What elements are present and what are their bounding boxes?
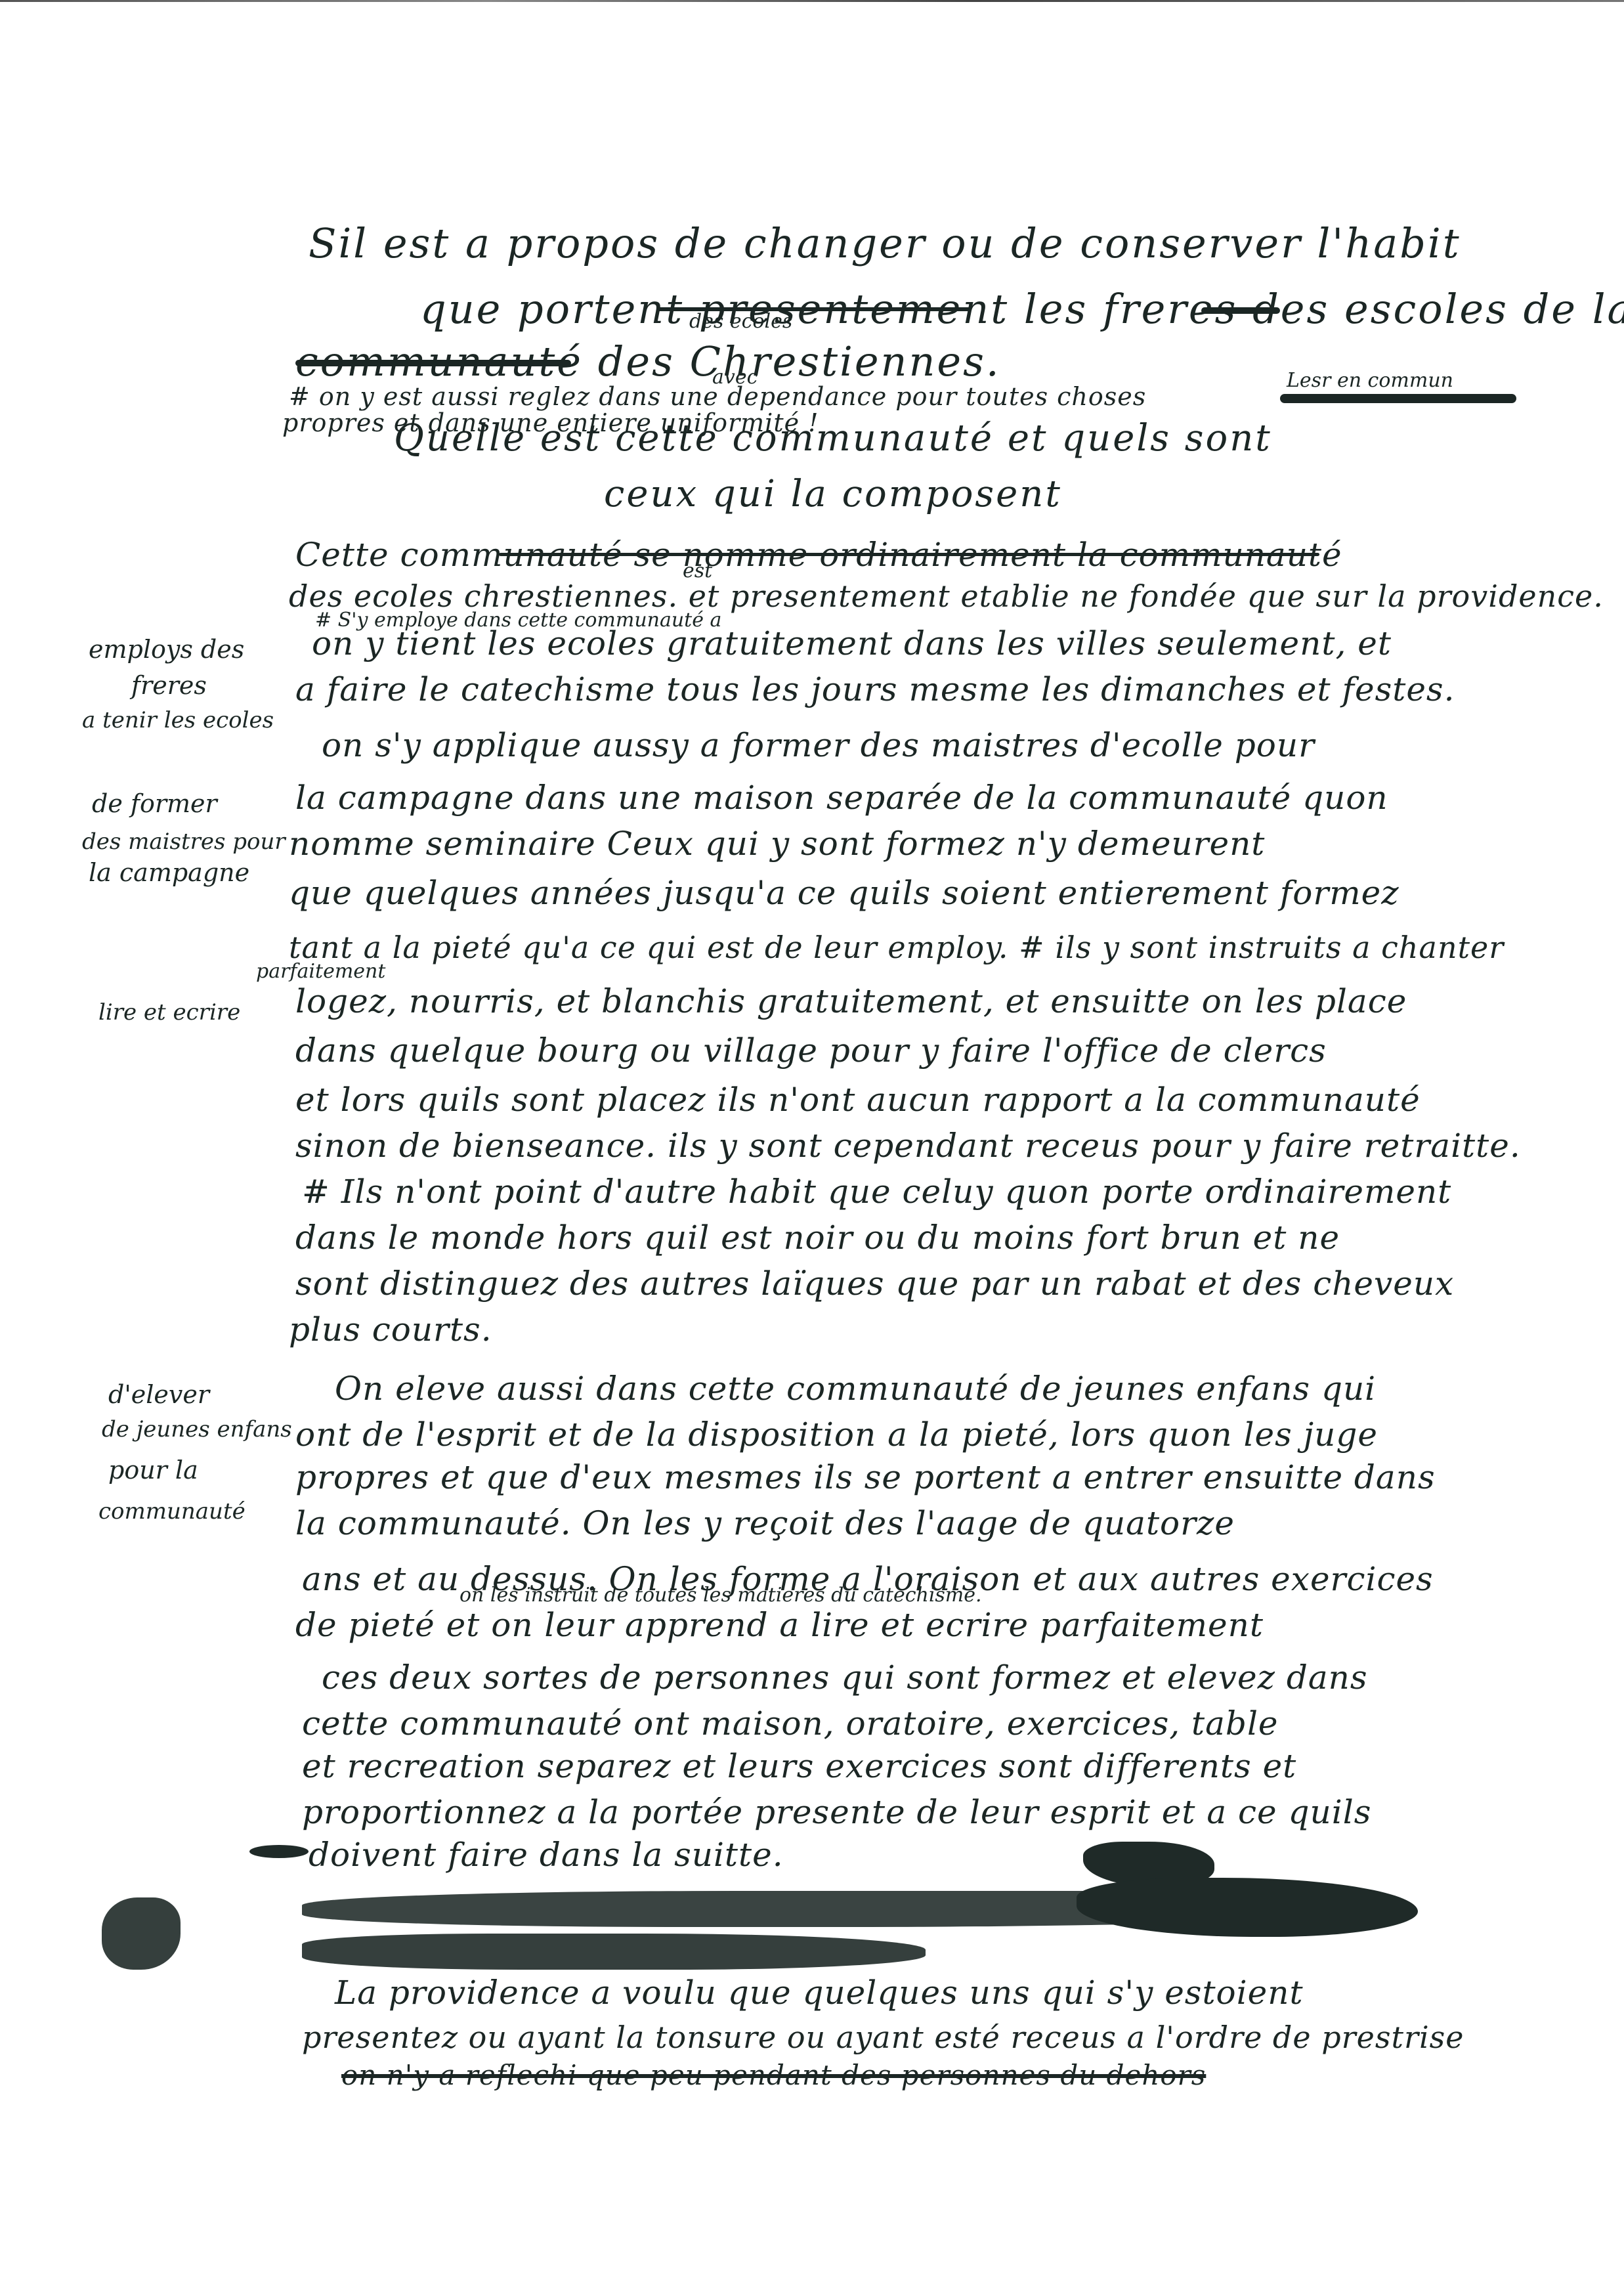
- body-line-9: tant a la pieté qu'a ce qui est de leur …: [289, 932, 1504, 963]
- ink-blot-left-margin: [102, 1897, 181, 1970]
- body-line-8: que quelques années jusqu'a ce quils soi…: [289, 877, 1400, 909]
- body-line-1-strike: [499, 553, 1319, 556]
- body-line-10-insert: parfaitement: [256, 962, 385, 982]
- body-line-2: des ecoles chrestiennes. et presentement…: [289, 581, 1604, 611]
- body-line-10: logez, nourris, et blanchis gratuitement…: [295, 985, 1407, 1018]
- body-line-16: sont distinguez des autres laïques que p…: [295, 1267, 1454, 1300]
- body-line-11: dans quelque bourg ou village pour y fai…: [295, 1034, 1327, 1067]
- margin-note-1-line-2: freres: [131, 673, 207, 698]
- margin-note-4-line-1: d'elever: [108, 1382, 209, 1407]
- body-line-28: doivent faire dans la suitte.: [309, 1838, 784, 1871]
- body-line-15: dans le monde hors quil est noir ou du m…: [295, 1221, 1340, 1254]
- body-line-12: et lors quils sont placez ils n'ont aucu…: [295, 1083, 1421, 1116]
- margin-note-2-line-3: la campagne: [89, 860, 249, 885]
- body-line-18: On eleve aussi dans cette communauté de …: [335, 1372, 1376, 1405]
- body-line-6: la campagne dans une maison separée de l…: [295, 781, 1388, 814]
- body-line-7: nomme seminaire Ceux qui y sont formez n…: [289, 827, 1265, 860]
- body-line-13: sinon de bienseance. ils y sont cependan…: [295, 1129, 1521, 1162]
- margin-note-3-line-1: lire et ecrire: [98, 1001, 240, 1024]
- scan-top-edge: [0, 0, 1624, 2]
- margin-note-4-line-3: pour la: [108, 1458, 198, 1483]
- body-line-23: de pieté et on leur apprend a lire et ec…: [295, 1609, 1264, 1641]
- title-strike-communaute: [295, 360, 571, 366]
- body-line-21: la communauté. On les y reçoit des l'aag…: [295, 1507, 1235, 1540]
- ink-blot-right-mass: [1077, 1878, 1418, 1937]
- subtitle-line-2: ceux qui la composent: [604, 476, 1062, 513]
- body-line-23-insert: on les instruit de toutes les matieres d…: [459, 1586, 982, 1605]
- body-line-17: plus courts.: [289, 1313, 492, 1346]
- body-line-26: et recreation separez et leurs exercices…: [302, 1750, 1296, 1783]
- title-strike-presentement: [656, 307, 972, 311]
- title-line-1: Sil est a propos de changer ou de conser…: [309, 223, 1461, 264]
- manuscript-page: Sil est a propos de changer ou de conser…: [0, 0, 1624, 2296]
- margin-note-4-line-4: communauté: [98, 1500, 246, 1523]
- title-line-2: que portent presentement les freres des …: [420, 289, 1624, 330]
- margin-note-1-line-1: employs des: [89, 637, 244, 662]
- margin-note-1-line-3: a tenir les ecoles: [82, 709, 274, 731]
- interlinear-line-4: # on y est aussi reglez dans une dependa…: [289, 384, 1146, 409]
- ink-dash-left: [249, 1845, 309, 1858]
- interlinear-strike-tail: [1280, 394, 1516, 403]
- body-line-29: La providence a voulu que quelques uns q…: [335, 1976, 1304, 2009]
- body-line-20: propres et que d'eux mesmes ils se porte…: [295, 1461, 1436, 1494]
- body-line-25: cette communauté ont maison, oratoire, e…: [302, 1707, 1279, 1740]
- body-line-24: ces deux sortes de personnes qui sont fo…: [322, 1661, 1368, 1694]
- margin-note-2-line-2: des maistres pour: [82, 831, 286, 853]
- ink-blot-line-2: [302, 1934, 926, 1970]
- body-line-3: on y tient les ecoles gratuitement dans …: [312, 627, 1392, 660]
- body-line-27: proportionnez a la portée presente de le…: [302, 1796, 1371, 1829]
- body-line-30: presentez ou ayant la tonsure ou ayant e…: [302, 2022, 1464, 2052]
- body-line-19: ont de l'esprit et de la disposition a l…: [295, 1418, 1378, 1451]
- interlinear-insert-right: Lesr en commun: [1287, 371, 1453, 391]
- body-line-14: # Ils n'ont point d'autre habit que celu…: [302, 1175, 1451, 1208]
- title-strike-escoles: [1201, 307, 1280, 314]
- subtitle-line-1: Quelle est cette communauté et quels son…: [394, 420, 1272, 457]
- margin-note-4-line-2: de jeunes enfans: [102, 1418, 292, 1440]
- body-line-31-struck: on n'y a reflechi que peu pendant des pe…: [341, 2062, 1206, 2089]
- title-insert: des ecoles: [689, 312, 792, 332]
- body-line-5: on s'y applique aussy a former des maist…: [322, 729, 1315, 762]
- body-line-4: a faire le catechisme tous les jours mes…: [295, 673, 1455, 706]
- margin-note-2-line-1: de former: [92, 791, 217, 816]
